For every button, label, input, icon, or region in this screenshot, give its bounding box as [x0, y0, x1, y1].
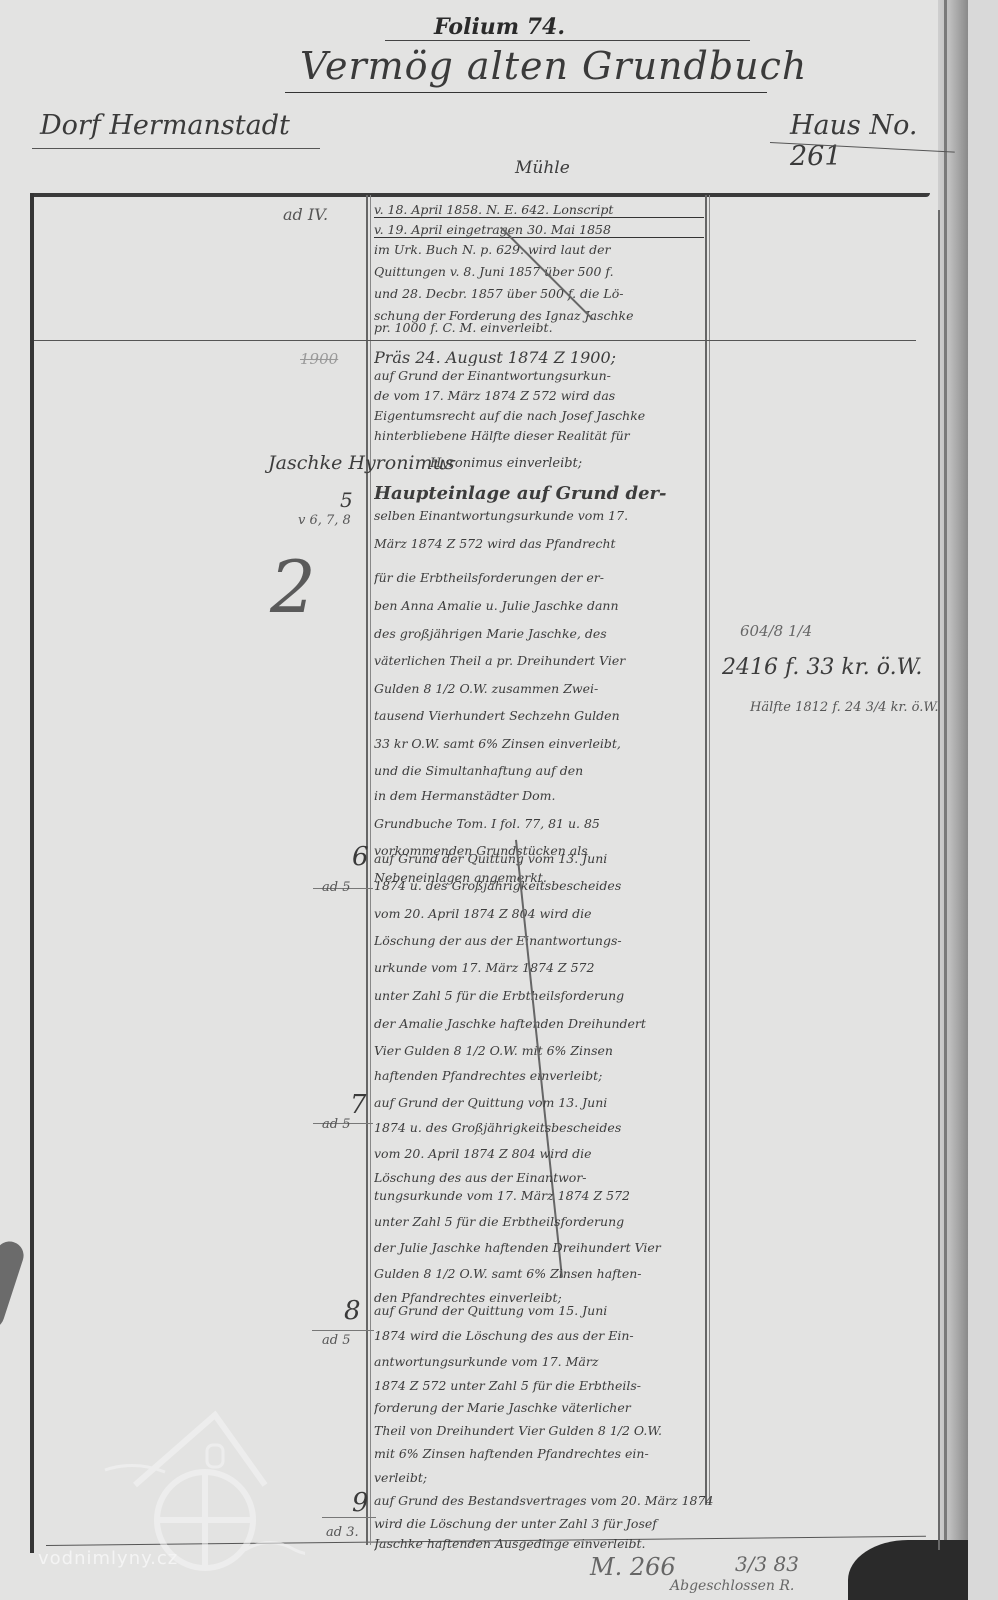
entry-line: 1874 u. des Großjährigkeitsbescheides: [374, 1122, 704, 1135]
footer-note-date: 3/3 83: [735, 1552, 799, 1576]
footer-note-number: M. 266: [590, 1553, 676, 1581]
folium-number: Folium 74.: [434, 14, 565, 40]
divider: [32, 148, 320, 149]
entry-line: vom 20. April 1874 Z 804 wird die: [374, 908, 704, 921]
entry-line: forderung der Marie Jaschke väterlicher: [374, 1402, 704, 1415]
entry-line: Gulden 8 1/2 Ö.W. zusammen Zwei-: [374, 683, 704, 696]
entry-line: mit 6% Zinsen haftenden Pfandrechtes ein…: [374, 1448, 704, 1461]
entry-line: Haupteinlage auf Grund der-: [374, 485, 704, 503]
entry-line: auf Grund des Bestandsvertrages vom 20. …: [374, 1495, 714, 1508]
entry-line: Jaschke haftenden Ausgedinge einverleibt…: [374, 1538, 704, 1551]
house-number: Haus No. 261: [790, 110, 968, 172]
entry-line: Grundbuche Tom. I fol. 77, 81 u. 85: [374, 818, 704, 831]
divider: [385, 40, 750, 41]
page-title: Vermög alten Grundbuch: [300, 44, 807, 88]
entry-line: des großjährigen Marie Jaschke, des: [374, 628, 704, 641]
margin-label-ad-iv: ad IV.: [283, 205, 328, 224]
entry-line: auf Grund der Quittung vom 15. Juni: [374, 1305, 704, 1318]
entry-line: v. 19. April eingetragen 30. Mai 1858: [374, 224, 704, 238]
building-note: Mühle: [515, 158, 570, 178]
entry-line: der Amalie Jaschke haftenden Dreihundert: [374, 1018, 704, 1031]
column-divider: [370, 195, 371, 1545]
entry-line: Theil von Dreihundert Vier Gulden 8 1/2 …: [374, 1425, 704, 1438]
margin-strike-number: 1900: [300, 350, 338, 368]
entry-line: verleibt;: [374, 1472, 704, 1485]
entry-line: unter Zahl 5 für die Erbtheilsforderung: [374, 990, 704, 1003]
table-border-top: [30, 193, 930, 197]
column-divider: [709, 195, 710, 1505]
entry-number: 7: [350, 1090, 367, 1120]
divider: [322, 1517, 376, 1518]
entry-number: 8: [344, 1296, 361, 1326]
entry-line: Löschung der aus der Einantwortungs-: [374, 935, 704, 948]
entry-line: väterlichen Theil a pr. Dreihundert Vier: [374, 655, 704, 668]
entry-line: schung der Forderung des Ignaz Jaschke: [374, 310, 704, 323]
watermark-text: vodnimlyny.cz: [38, 1548, 178, 1569]
entry-line: 1874 Z 572 unter Zahl 5 für die Erbtheil…: [374, 1380, 704, 1393]
entry-line: März 1874 Z 572 wird das Pfandrecht: [374, 538, 704, 551]
entry-line: Eigentumsrecht auf die nach Josef Jaschk…: [374, 410, 704, 423]
entry-line: hinterbliebene Hälfte dieser Realität fü…: [374, 430, 704, 443]
entry-line: tausend Vierhundert Sechzehn Gulden: [374, 710, 704, 723]
book-page-edge: [938, 0, 968, 1600]
strike-through-mark: [515, 840, 563, 1278]
entry-line: vom 20. April 1874 Z 804 wird die: [374, 1148, 704, 1161]
entry-margin-note: ad 3.: [326, 1525, 359, 1540]
column-divider: [705, 195, 707, 1505]
margin-fraction: 604/8 1/4: [740, 622, 812, 640]
entry-line: Löschung des aus der Einantwor-: [374, 1172, 704, 1185]
entry-number: 6: [352, 842, 369, 872]
margin-large-numeral: 2: [270, 545, 316, 629]
village-name: Dorf Hermanstadt: [40, 110, 290, 141]
entry-line: für die Erbtheilsforderungen der er-: [374, 572, 704, 585]
entry-line: Präs 24. August 1874 Z 1900;: [374, 350, 704, 366]
entry-line: in dem Hermanstädter Dom.: [374, 790, 704, 803]
scanner-finger-shadow: [0, 1238, 27, 1332]
entry-line: 33 kr Ö.W. samt 6% Zinsen einverleibt,: [374, 738, 704, 751]
entry-line: auf Grund der Quittung vom 13. Juni: [374, 1097, 704, 1110]
entry-line: de vom 17. März 1874 Z 572 wird das: [374, 390, 704, 403]
entry-line: und 28. Decbr. 1857 über 500 f. die Lö-: [374, 288, 704, 301]
entry-margin-note: v 6, 7, 8: [298, 513, 351, 528]
entry-line: v. 18. April 1858. N. E. 642. Lonscript: [374, 204, 704, 218]
entry-line: tungsurkunde vom 17. März 1874 Z 572: [374, 1190, 704, 1203]
divider: [285, 92, 767, 93]
margin-half-amount: Hälfte 1812 f. 24 3/4 kr. ö.W.: [750, 700, 939, 715]
row-divider: [34, 340, 916, 341]
divider: [312, 1330, 374, 1331]
table-border-left: [30, 193, 34, 1553]
entry-number: 5: [340, 488, 353, 512]
entry-line: und die Simultanhaftung auf den: [374, 765, 704, 778]
entry-number: 9: [352, 1488, 369, 1518]
entry-margin-note: ad 5: [322, 1333, 350, 1348]
entry-line: 1874 wird die Löschung des aus der Ein-: [374, 1330, 704, 1343]
entry-line: 1874 u. des Großjährigkeitsbescheides: [374, 880, 704, 893]
entry-line: urkunde vom 17. März 1874 Z 572: [374, 962, 704, 975]
entry-line: Gulden 8 1/2 Ö.W. samt 6% Zinsen haften-: [374, 1268, 704, 1281]
register-page: Folium 74. Vermög alten Grundbuch Dorf H…: [0, 0, 968, 1600]
entry-line: auf Grund der Quittung vom 13. Juni: [374, 853, 704, 866]
entry-line: selben Einantwortungsurkunde vom 17.: [374, 510, 704, 523]
entry-line: wird die Löschung der unter Zahl 3 für J…: [374, 1518, 704, 1531]
entry-line: unter Zahl 5 für die Erbtheilsforderung: [374, 1216, 704, 1229]
entry-line: Hyronimus einverleibt;: [430, 456, 582, 471]
entry-margin-note: ad 5: [322, 1117, 350, 1132]
entry-line: pr. 1000 f. C. M. einverleibt.: [374, 322, 704, 335]
entry-line: antwortungsurkunde vom 17. März: [374, 1356, 704, 1369]
margin-total-amount: 2416 f. 33 kr. ö.W.: [722, 655, 922, 680]
entry-line: ben Anna Amalie u. Julie Jaschke dann: [374, 600, 704, 613]
entry-margin-note: ad 5: [322, 880, 350, 895]
owner-name: Jaschke Hyronimus: [268, 452, 455, 474]
book-corner-shadow: [848, 1540, 968, 1600]
entry-line: auf Grund der Einantwortungsurkun-: [374, 370, 704, 383]
entry-line: der Julie Jaschke haftenden Dreihundert …: [374, 1242, 704, 1255]
table-border-right: [938, 210, 940, 1550]
entry-line: den Pfandrechtes einverleibt;: [374, 1292, 704, 1305]
footer-note-signature: Abgeschlossen R.: [670, 1578, 794, 1594]
